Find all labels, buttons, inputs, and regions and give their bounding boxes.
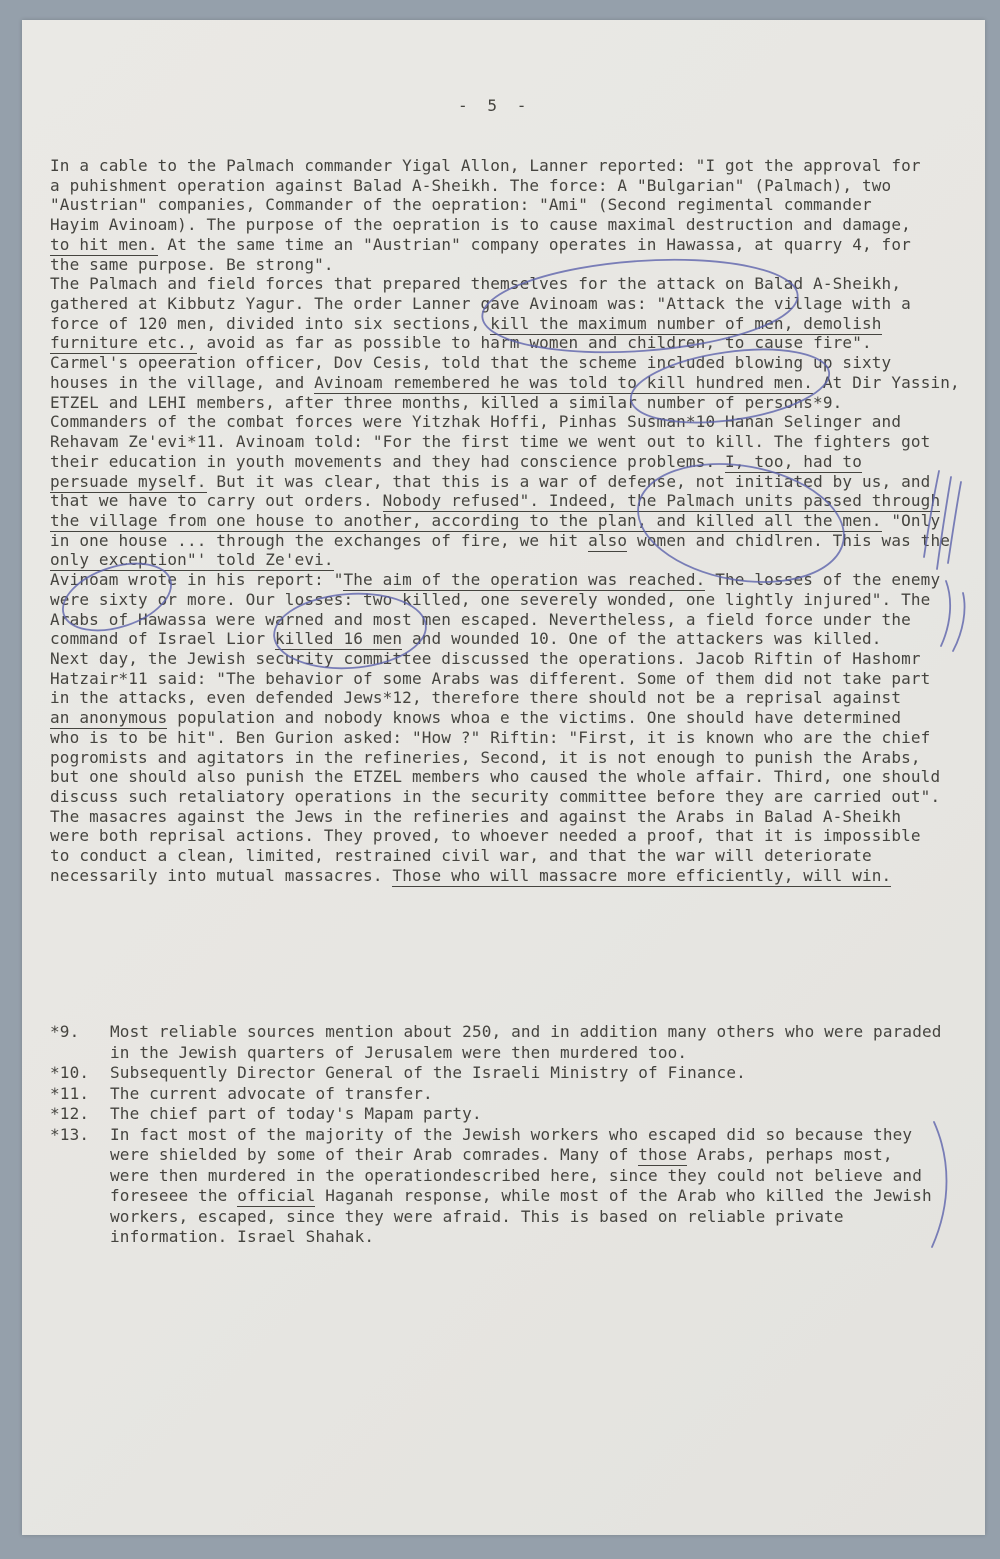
- text-line: were shielded by some of their Arab comr…: [110, 1145, 942, 1166]
- text-line: Subsequently Director General of the Isr…: [110, 1063, 942, 1084]
- text-line: to hit men. At the same time an "Austria…: [50, 235, 960, 255]
- footnote-text: In fact most of the majority of the Jewi…: [110, 1125, 942, 1248]
- text-line: in one house ... through the exchanges o…: [50, 531, 960, 551]
- text-line: the village from one house to another, a…: [50, 511, 960, 531]
- text-line: were both reprisal actions. They proved,…: [50, 826, 960, 846]
- text-line: to conduct a clean, limited, restrained …: [50, 846, 960, 866]
- text-line: Most reliable sources mention about 250,…: [110, 1022, 942, 1043]
- text-line: information. Israel Shahak.: [110, 1227, 942, 1248]
- footnote: *10.Subsequently Director General of the…: [50, 1063, 942, 1084]
- page-number: - 5 -: [458, 96, 526, 115]
- footnote: *9.Most reliable sources mention about 2…: [50, 1022, 942, 1063]
- text-line: their education in youth movements and t…: [50, 452, 960, 472]
- text-line: pogromists and agitators in the refineri…: [50, 748, 960, 768]
- footnote-marker: *9.: [50, 1022, 110, 1043]
- footnote-marker: *12.: [50, 1104, 110, 1125]
- text-line: The chief part of today's Mapam party.: [110, 1104, 942, 1125]
- text-line: persuade myself. But it was clear, that …: [50, 472, 960, 492]
- text-line: who is to be hit". Ben Gurion asked: "Ho…: [50, 728, 960, 748]
- text-line: Hatzair*11 said: "The behavior of some A…: [50, 669, 960, 689]
- text-line: Rehavam Ze'evi*11. Avinoam told: "For th…: [50, 432, 960, 452]
- text-line: Avinoam wrote in his report: "The aim of…: [50, 570, 960, 590]
- scanned-document-canvas: - 5 - In a cable to the Palmach commande…: [0, 0, 1000, 1559]
- text-line: an anonymous population and nobody knows…: [50, 708, 960, 728]
- footnote-text: The current advocate of transfer.: [110, 1084, 942, 1105]
- footnote-text: The chief part of today's Mapam party.: [110, 1104, 942, 1125]
- text-line: but one should also punish the ETZEL mem…: [50, 767, 960, 787]
- footnote-marker: *11.: [50, 1084, 110, 1105]
- footnotes-section: *9.Most reliable sources mention about 2…: [50, 1022, 942, 1248]
- text-line: foreseee the official Haganah response, …: [110, 1186, 942, 1207]
- text-line: Hayim Avinoam). The purpose of the oepra…: [50, 215, 960, 235]
- text-line: force of 120 men, divided into six secti…: [50, 314, 960, 334]
- text-line: in the Jewish quarters of Jerusalem were…: [110, 1043, 942, 1064]
- text-line: that we have to carry out orders. Nobody…: [50, 491, 960, 511]
- footnote-marker: *13.: [50, 1125, 110, 1146]
- text-line: houses in the village, and Avinoam remem…: [50, 373, 960, 393]
- text-line: command of Israel Lior killed 16 men and…: [50, 629, 960, 649]
- text-line: in the attacks, even defended Jews*12, t…: [50, 688, 960, 708]
- text-line: Arabs of Hawassa were warned and most me…: [50, 610, 960, 630]
- footnote: *11.The current advocate of transfer.: [50, 1084, 942, 1105]
- text-line: Next day, the Jewish security committee …: [50, 649, 960, 669]
- footnote-marker: *10.: [50, 1063, 110, 1084]
- footnote-text: Subsequently Director General of the Isr…: [110, 1063, 942, 1084]
- text-line: gathered at Kibbutz Yagur. The order Lan…: [50, 294, 960, 314]
- text-line: ETZEL and LEHI members, after three mont…: [50, 393, 960, 413]
- text-line: the same purpose. Be strong".: [50, 255, 960, 275]
- text-line: workers, escaped, since they were afraid…: [110, 1207, 942, 1228]
- text-line: The masacres against the Jews in the ref…: [50, 807, 960, 827]
- text-line: The Palmach and field forces that prepar…: [50, 274, 960, 294]
- text-line: furniture etc., avoid as far as possible…: [50, 333, 960, 353]
- text-line: Commanders of the combat forces were Yit…: [50, 412, 960, 432]
- text-line: The current advocate of transfer.: [110, 1084, 942, 1105]
- text-line: necessarily into mutual massacres. Those…: [50, 866, 960, 886]
- text-line: "Austrian" companies, Commander of the o…: [50, 195, 960, 215]
- footnote: *13.In fact most of the majority of the …: [50, 1125, 942, 1248]
- text-line: discuss such retaliatory operations in t…: [50, 787, 960, 807]
- text-line: In a cable to the Palmach commander Yiga…: [50, 156, 960, 176]
- text-line: only exception"' told Ze'evi.: [50, 550, 960, 570]
- footnote-text: Most reliable sources mention about 250,…: [110, 1022, 942, 1063]
- text-line: a puhishment operation against Balad A-S…: [50, 176, 960, 196]
- text-line: were then murdered in the operationdescr…: [110, 1166, 942, 1187]
- text-line: Carmel's opeeration officer, Dov Cesis, …: [50, 353, 960, 373]
- typewritten-body-text: In a cable to the Palmach commander Yiga…: [50, 156, 960, 886]
- text-line: were sixty or more. Our losses: two kill…: [50, 590, 960, 610]
- footnote: *12.The chief part of today's Mapam part…: [50, 1104, 942, 1125]
- text-line: In fact most of the majority of the Jewi…: [110, 1125, 942, 1146]
